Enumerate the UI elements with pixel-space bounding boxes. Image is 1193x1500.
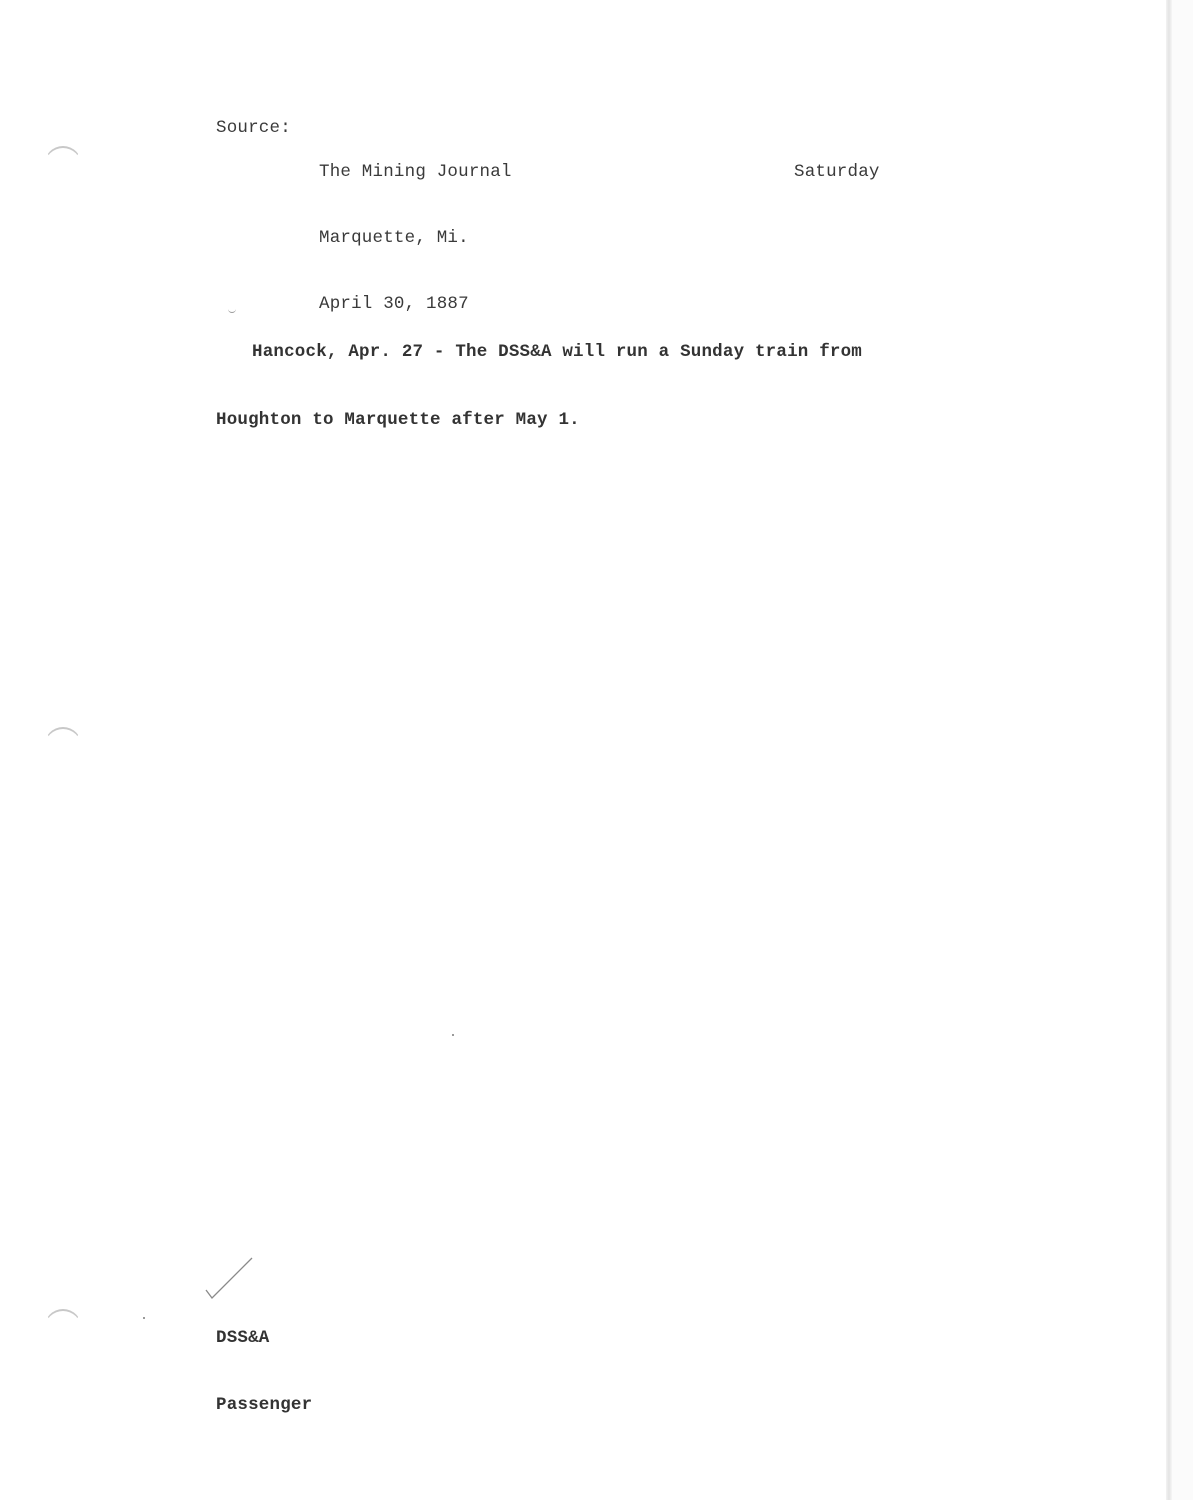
paper-speck [143, 1317, 145, 1319]
binder-hole-top [44, 146, 82, 185]
tag-dssa: DSS&A [216, 1327, 312, 1350]
publication-name: The Mining Journal [319, 161, 512, 183]
article-text: Hancock, Apr. 27 - The DSS&A will run a … [216, 297, 862, 477]
article-line: Houghton to Marquette after May 1. [216, 409, 862, 433]
binder-hole-bottom [44, 1309, 82, 1348]
article-line: Hancock, Apr. 27 - The DSS&A will run a … [216, 341, 862, 365]
publication-location: Marquette, Mi. [319, 227, 512, 249]
document-page: Source: The Mining Journal Marquette, Mi… [0, 0, 1193, 1500]
tag-passenger: Passenger [216, 1394, 312, 1417]
weekday: Saturday [794, 161, 880, 183]
source-label: Source: [216, 117, 291, 139]
paper-speck [452, 1034, 454, 1036]
binder-hole-middle [44, 727, 82, 766]
page-edge-strip [1172, 0, 1193, 1500]
subject-tags: DSS&A Passenger [216, 1283, 312, 1461]
